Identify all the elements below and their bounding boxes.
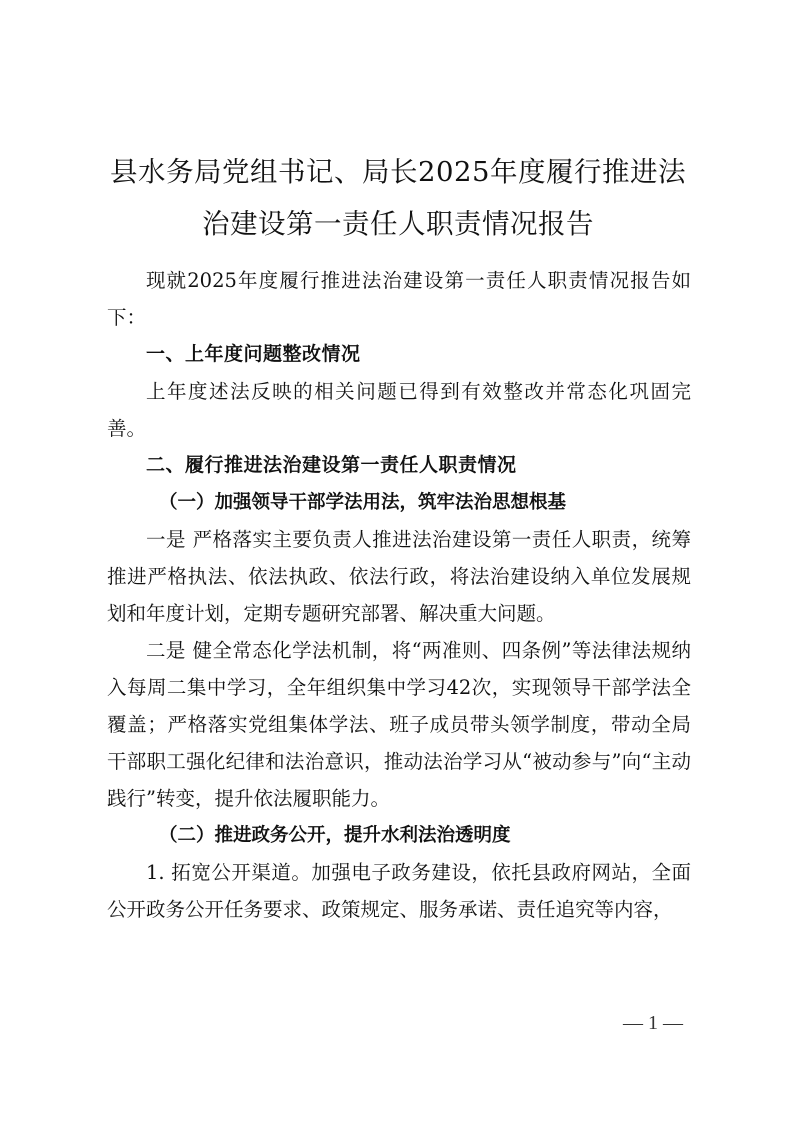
intro-paragraph: 现就2025年度履行推进法治建设第一责任人职责情况报告如下： bbox=[107, 262, 691, 336]
title-line-1: 县水务局党组书记、局长2025年度履行推进法 bbox=[100, 146, 696, 198]
document-page: 县水务局党组书记、局长2025年度履行推进法 治建设第一责任人职责情况报告 现就… bbox=[0, 0, 793, 1122]
document-body: 现就2025年度履行推进法治建设第一责任人职责情况报告如下： 一、上年度问题整改… bbox=[107, 262, 691, 928]
page-number: — 1 — bbox=[608, 1012, 698, 1035]
section-2-heading: 二、履行推进法治建设第一责任人职责情况 bbox=[107, 447, 691, 484]
subsection-2-heading: （二）推进政务公开，提升水利法治透明度 bbox=[107, 817, 691, 854]
section-1-heading: 一、上年度问题整改情况 bbox=[107, 336, 691, 373]
section-1-text: 上年度述法反映的相关问题已得到有效整改并常态化巩固完善。 bbox=[107, 373, 691, 447]
document-title: 县水务局党组书记、局长2025年度履行推进法 治建设第一责任人职责情况报告 bbox=[100, 146, 696, 250]
subsection-1-paragraph-2: 二是 健全常态化学法机制，将“两准则、四条例”等法律法规纳入每周二集中学习，全年… bbox=[107, 632, 691, 817]
subsection-1-heading: （一）加强领导干部学法用法，筑牢法治思想根基 bbox=[107, 484, 691, 521]
title-line-2: 治建设第一责任人职责情况报告 bbox=[100, 198, 696, 250]
subsection-2-paragraph-1: 1. 拓宽公开渠道。加强电子政务建设，依托县政府网站，全面公开政务公开任务要求、… bbox=[107, 854, 691, 928]
subsection-1-paragraph-1: 一是 严格落实主要负责人推进法治建设第一责任人职责，统筹推进严格执法、依法执政、… bbox=[107, 521, 691, 632]
